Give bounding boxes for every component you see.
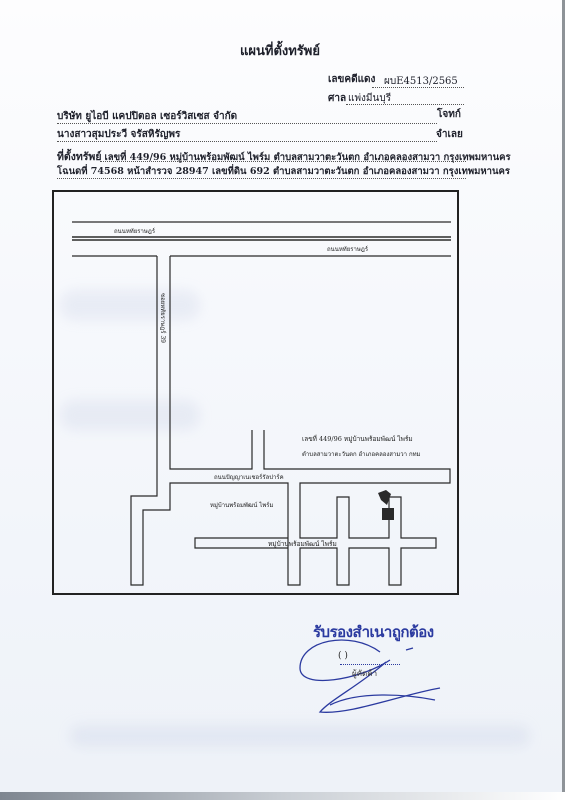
road-label-top-right: ถนนหทัยราษฎร์	[327, 245, 369, 253]
road-label-top-left: ถนนหทัยราษฎร์	[114, 227, 156, 235]
map-address-line-1: เลขที่ 449/96 หมู่บ้านพร้อมพัฒน์ ไพร์ม	[302, 434, 413, 443]
signer-label: ผู้คัดค้า	[352, 667, 377, 680]
scan-edge	[0, 792, 565, 800]
map-address-line-2: ตำบลสามวาตะวันตก อำเภอคลองสามวา กทม	[302, 451, 421, 458]
signature-line	[340, 664, 400, 665]
property-marker-icon	[382, 508, 394, 520]
certified-copy-stamp: รับรองสำเนาถูกต้อง	[313, 620, 434, 644]
village-label-upper: หมู่บ้านพร้อมพัฒน์ ไพร์ม	[210, 501, 274, 509]
location-map: ถนนหทัยราษฎร์ ถนนหทัยราษฎร์ ซอยหทัยราษฎร…	[0, 0, 565, 800]
village-label-lower: หมู่บ้านพร้อมพัฒน์ ไพร์ม	[268, 540, 337, 548]
road-label-middle: ถนนปัญญาเนเชอร์รัลปาร์ค	[214, 473, 284, 481]
soi-label: ซอยหทัยราษฎร์ 39	[159, 293, 167, 343]
signer-parentheses: ( )	[338, 651, 348, 661]
document-page: แผนที่ตั้งทรัพย์ เลขคดีแดง ผบE4513/2565 …	[0, 0, 562, 792]
